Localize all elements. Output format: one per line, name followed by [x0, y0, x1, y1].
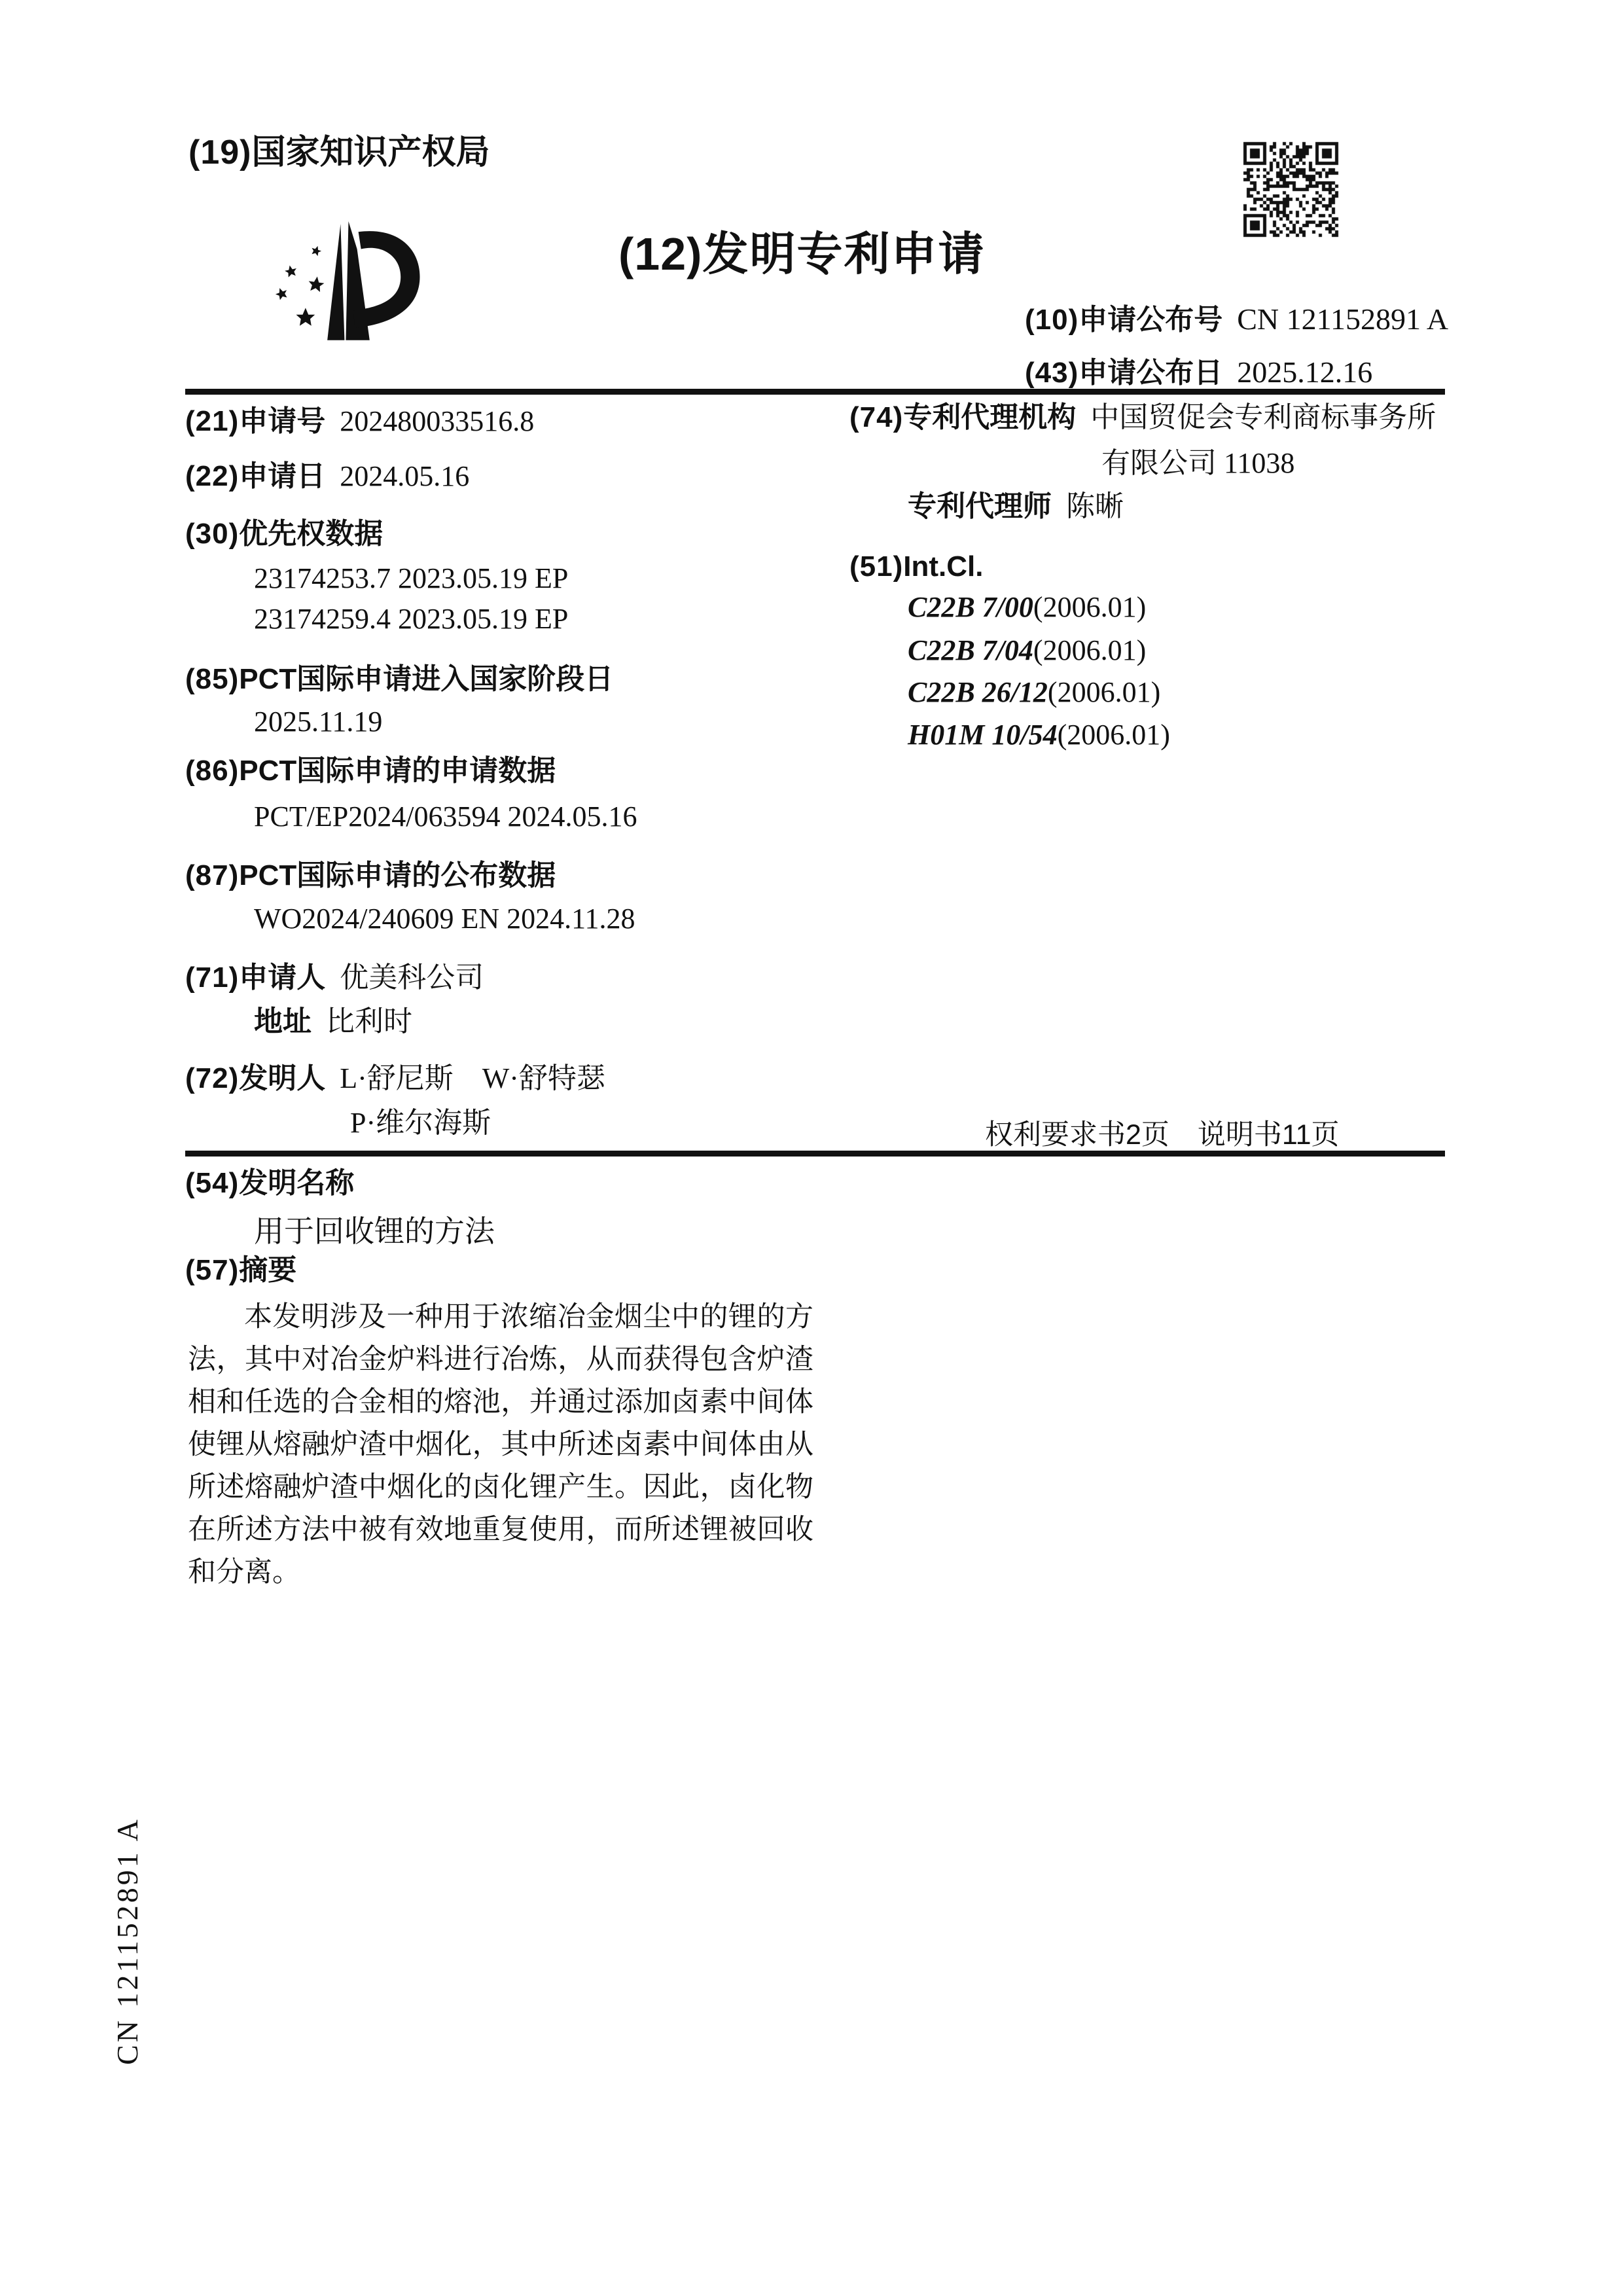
invention-title: 用于回收锂的方法	[254, 1208, 495, 1251]
ipc-class-3: H01M 10/54	[908, 719, 1058, 751]
publication-info: (10)申请公布号CN 121152891 A (43)申请公布日2025.12…	[1025, 293, 1448, 399]
agent-name: 陈晰	[1066, 490, 1124, 522]
field-54-invention-title: (54)发明名称	[185, 1166, 354, 1200]
ipc-class-0: C22B 7/00	[908, 591, 1033, 623]
rule-top	[185, 389, 1445, 395]
field-71-applicant: (71)申请人优美科公司	[185, 961, 484, 995]
ipc-version-2: (2006.01)	[1048, 676, 1160, 708]
f87-code: (87)	[185, 859, 239, 891]
side-doc-number: CN 121152891 A	[110, 1817, 145, 2065]
abstract-text: 本发明涉及一种用于浓缩冶金烟尘中的锂的方法，其中对冶金炉料进行冶炼，从而获得包含…	[188, 1296, 813, 1594]
f57-code: (57)	[185, 1254, 239, 1286]
ipc-version-1: (2006.01)	[1033, 634, 1146, 666]
office-line: (19)国家知识产权局	[188, 124, 490, 173]
ipc-version-0: (2006.01)	[1033, 591, 1146, 623]
f72-label: 发明人	[239, 1062, 325, 1094]
pages-note: 权利要求书2页 说明书11页	[985, 1113, 1340, 1153]
field-74-agency: (74)专利代理机构中国贸促会专利商标事务所	[849, 401, 1436, 435]
field-22-filing-date: (22)申请日2024.05.16	[185, 459, 469, 493]
pub-date-code: (43)	[1025, 357, 1079, 389]
f54-code: (54)	[185, 1167, 239, 1199]
priority-line-1: 23174253.7 2023.05.19 EP	[254, 562, 568, 596]
doc-title-text: 发明专利申请	[702, 228, 985, 279]
pub-number-code: (10)	[1025, 304, 1079, 336]
f85-value: 2025.11.19	[254, 705, 382, 739]
agent-label: 专利代理师	[908, 490, 1052, 522]
pub-date-label: 申请公布日	[1079, 357, 1222, 389]
field-30-priority-data: (30)优先权数据	[185, 517, 383, 551]
f85-label: PCT国际申请进入国家阶段日	[239, 663, 613, 695]
field-21-application-number: (21)申请号202480033516.8	[185, 404, 534, 439]
ipc-entry: H01M 10/54(2006.01)	[908, 718, 1170, 752]
f51-code: (51)	[849, 550, 903, 583]
f21-label: 申请号	[239, 405, 325, 437]
address-value: 比利时	[326, 1005, 412, 1037]
priority-line-2: 23174259.4 2023.05.19 EP	[254, 602, 568, 636]
field-86-pct-application-data: (86)PCT国际申请的申请数据	[185, 754, 556, 788]
f71-label: 申请人	[239, 961, 325, 994]
ipc-version-3: (2006.01)	[1058, 719, 1170, 751]
pub-number-row: (10)申请公布号CN 121152891 A	[1025, 293, 1448, 346]
f87-value: WO2024/240609 EN 2024.11.28	[254, 902, 635, 936]
f21-code: (21)	[185, 405, 239, 437]
qr-code	[1236, 134, 1347, 245]
f71-code: (71)	[185, 961, 239, 994]
address-label: 地址	[254, 1005, 312, 1037]
agency-name-line-2: 有限公司 11038	[1101, 446, 1294, 480]
f72-code: (72)	[185, 1062, 239, 1094]
cnipa-logo	[270, 215, 430, 353]
f74-label: 专利代理机构	[903, 401, 1076, 433]
applicant-address-row: 地址比利时	[254, 1005, 412, 1039]
f86-value: PCT/EP2024/063594 2024.05.16	[254, 800, 637, 834]
f85-code: (85)	[185, 663, 239, 695]
field-51-int-cl: (51)Int.Cl.	[849, 550, 983, 584]
field-85-national-phase-date: (85)PCT国际申请进入国家阶段日	[185, 662, 613, 696]
f51-label: Int.Cl.	[903, 550, 983, 583]
office-code: (19)	[188, 134, 251, 171]
f86-label: PCT国际申请的申请数据	[239, 755, 556, 787]
f54-label: 发明名称	[239, 1167, 354, 1199]
f21-value: 202480033516.8	[340, 405, 534, 437]
agency-name-line-1: 中国贸促会专利商标事务所	[1090, 401, 1436, 433]
ipc-entry: C22B 7/04(2006.01)	[908, 634, 1146, 668]
rule-middle	[185, 1151, 1445, 1157]
f74-code: (74)	[849, 401, 903, 433]
ipc-class-1: C22B 7/04	[908, 634, 1033, 666]
f86-code: (86)	[185, 755, 239, 787]
f30-label: 优先权数据	[239, 518, 383, 550]
inventors-line-2: P·维尔海斯	[350, 1106, 491, 1140]
office-name: 国家知识产权局	[251, 134, 490, 171]
f22-code: (22)	[185, 460, 239, 492]
field-87-pct-publication-data: (87)PCT国际申请的公布数据	[185, 859, 556, 893]
ipc-entry: C22B 7/00(2006.01)	[908, 590, 1146, 624]
doc-title: (12)发明专利申请	[618, 217, 985, 283]
ipc-entry: C22B 26/12(2006.01)	[908, 675, 1160, 709]
ipc-class-2: C22B 26/12	[908, 676, 1048, 708]
field-72-inventors: (72)发明人L·舒尼斯 W·舒特瑟	[185, 1062, 605, 1096]
patent-front-page: (19)国家知识产权局 (12)发明专利申请 (10)申请公布号CN 12115…	[0, 0, 1623, 2296]
agent-row: 专利代理师陈晰	[908, 490, 1124, 524]
applicant-name: 优美科公司	[340, 961, 484, 994]
doc-title-code: (12)	[618, 228, 702, 279]
pub-number-label: 申请公布号	[1079, 304, 1222, 336]
pub-number-value: CN 121152891 A	[1237, 302, 1448, 336]
f87-label: PCT国际申请的公布数据	[239, 859, 556, 891]
field-57-abstract-label: (57)摘要	[185, 1253, 296, 1287]
inventors-line-1: L·舒尼斯 W·舒特瑟	[340, 1062, 605, 1094]
f57-label: 摘要	[239, 1254, 296, 1286]
f22-value: 2024.05.16	[340, 460, 469, 492]
f22-label: 申请日	[239, 460, 325, 492]
f30-code: (30)	[185, 518, 239, 550]
pub-date-value: 2025.12.16	[1237, 355, 1372, 389]
cnipa-logo-icon	[270, 215, 430, 353]
